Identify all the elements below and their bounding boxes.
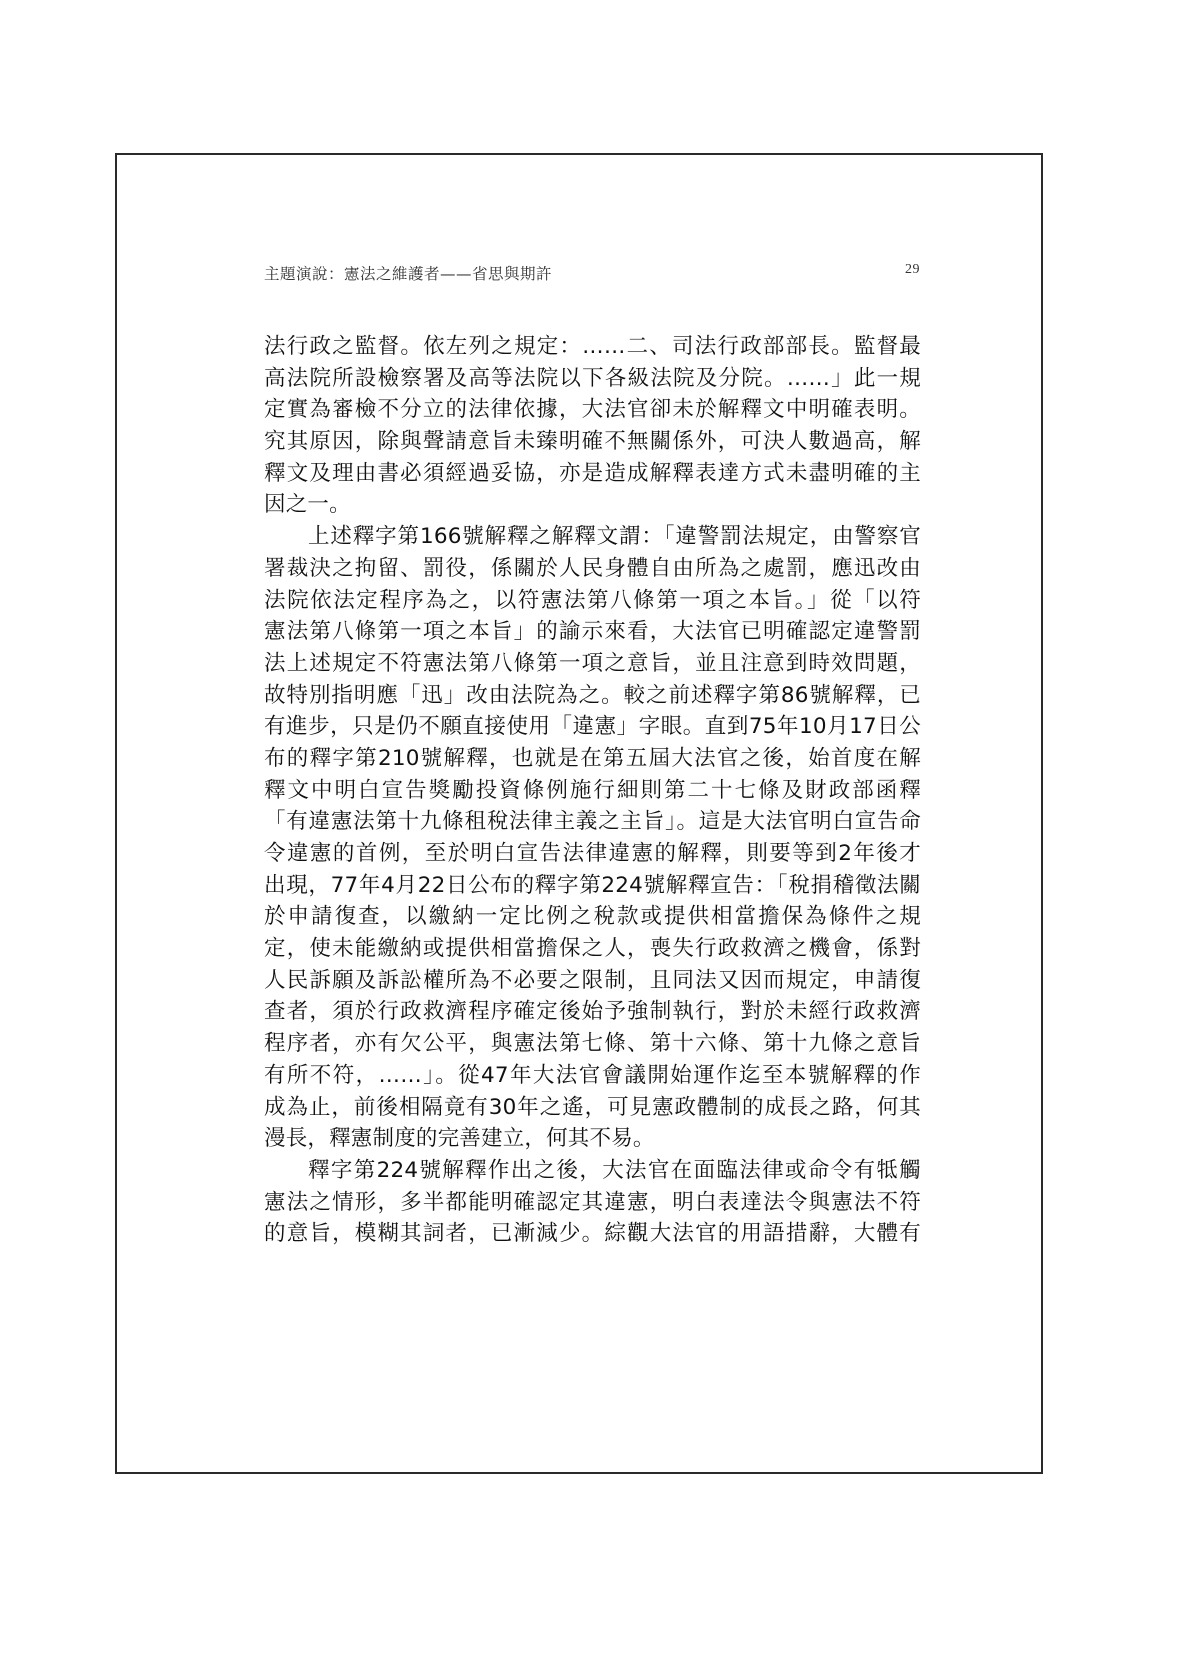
text-line: 高法院所設檢察署及高等法院以下各級法院及分院。……」此一規 [264, 363, 921, 395]
text-line: 查者，須於行政救濟程序確定後始予強制執行，對於未經行政救濟 [264, 996, 921, 1028]
text-line: 出現，77年4月22日公布的釋字第224號解釋宣告：「稅捐稽徵法關 [264, 870, 921, 902]
text-line: 人民訴願及訴訟權所為不必要之限制，且同法又因而規定，申請復 [264, 965, 921, 997]
text-line: 故特別指明應「迅」改由法院為之。較之前述釋字第86號解釋，已 [264, 680, 921, 712]
text-line: 有所不符，……」。從47年大法官會議開始運作迄至本號解釋的作 [264, 1060, 921, 1092]
running-head: 主題演說：憲法之維護者——省思與期許 29 [264, 262, 920, 286]
text-line: 「有違憲法第十九條租稅法律主義之主旨」。這是大法官明白宣告命 [264, 806, 921, 838]
paragraph-start-line: 釋字第224號解釋作出之後，大法官在面臨法律或命令有牴觸 [264, 1155, 921, 1187]
text-line: 因之一。 [264, 489, 921, 521]
text-line: 法院依法定程序為之，以符憲法第八條第一項之本旨。」從「以符 [264, 585, 921, 617]
paragraph-start-line: 上述釋字第166號解釋之解釋文謂：「違警罰法規定，由警察官 [264, 521, 921, 553]
text-line: 成為止，前後相隔竟有30年之遙，可見憲政體制的成長之路，何其 [264, 1092, 921, 1124]
text-line: 定，使未能繳納或提供相當擔保之人，喪失行政救濟之機會，係對 [264, 933, 921, 965]
text-line: 於申請復查，以繳納一定比例之稅款或提供相當擔保為條件之規 [264, 901, 921, 933]
text-line: 的意旨，模糊其詞者，已漸減少。綜觀大法官的用語措辭，大體有 [264, 1218, 921, 1250]
text-line: 釋文中明白宣告獎勵投資條例施行細則第二十七條及財政部函釋 [264, 775, 921, 807]
text-line: 憲法第八條第一項之本旨」的諭示來看，大法官已明確認定違警罰 [264, 616, 921, 648]
text-line: 有進步，只是仍不願直接使用「違憲」字眼。直到75年10月17日公 [264, 711, 921, 743]
running-head-title: 主題演說：憲法之維護者——省思與期許 [264, 262, 552, 284]
text-line: 定實為審檢不分立的法律依據，大法官卻未於解釋文中明確表明。 [264, 394, 921, 426]
text-line: 法行政之監督。依左列之規定：……二、司法行政部部長。監督最 [264, 331, 921, 363]
text-line: 程序者，亦有欠公平，與憲法第七條、第十六條、第十九條之意旨 [264, 1028, 921, 1060]
text-line: 布的釋字第210號解釋，也就是在第五屆大法官之後，始首度在解 [264, 743, 921, 775]
text-line: 釋文及理由書必須經過妥協，亦是造成解釋表達方式未盡明確的主 [264, 458, 921, 490]
text-line: 法上述規定不符憲法第八條第一項之意旨，並且注意到時效問題， [264, 648, 921, 680]
body-text: 法行政之監督。依左列之規定：……二、司法行政部部長。監督最 高法院所設檢察署及高… [264, 331, 921, 1250]
text-line: 署裁決之拘留、罰役，係關於人民身體自由所為之處罰，應迅改由 [264, 553, 921, 585]
page-number: 29 [905, 262, 920, 278]
text-line: 究其原因，除與聲請意旨未臻明確不無關係外，可決人數過高，解 [264, 426, 921, 458]
text-line: 漫長，釋憲制度的完善建立，何其不易。 [264, 1123, 921, 1155]
text-line: 令違憲的首例，至於明白宣告法律違憲的解釋，則要等到2年後才 [264, 838, 921, 870]
text-line: 憲法之情形，多半都能明確認定其違憲，明白表達法令與憲法不符 [264, 1187, 921, 1219]
